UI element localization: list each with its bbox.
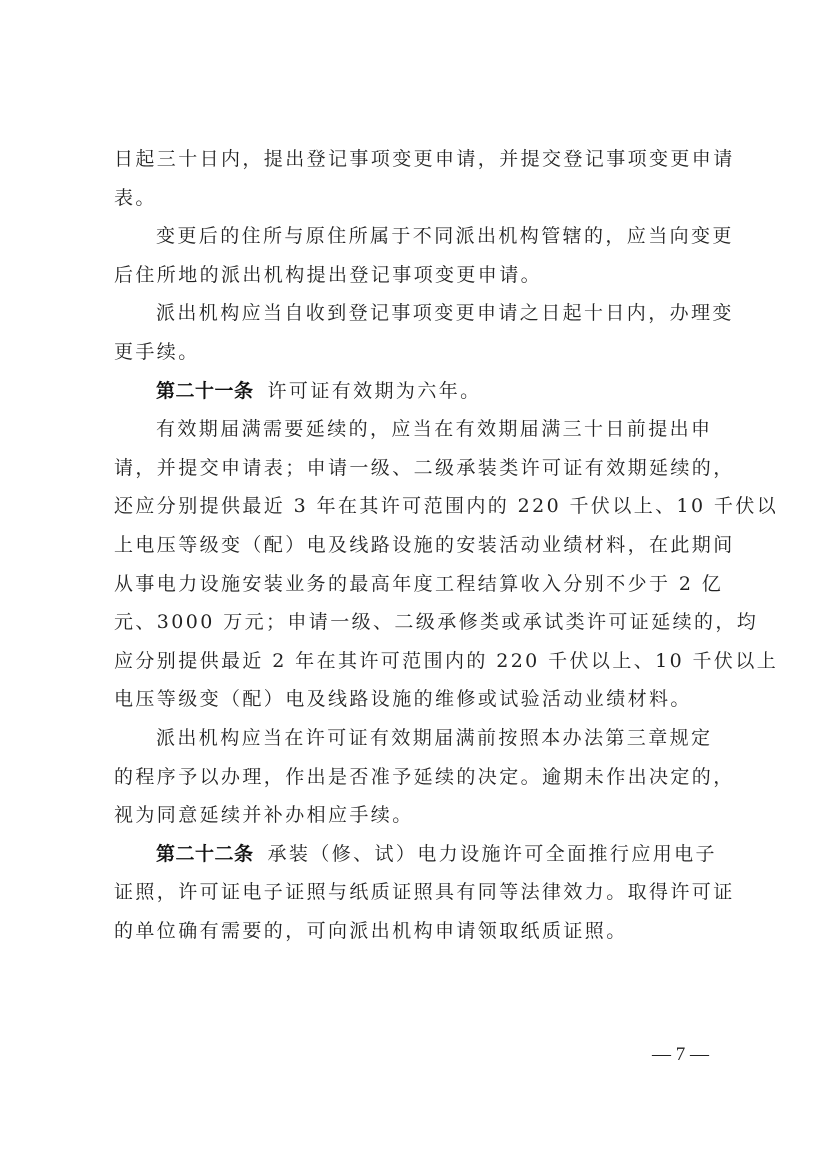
text-line: 从事电力设施安装业务的最高年度工程结算收入分别不少于 2 亿: [114, 565, 714, 604]
line-text: 表。: [114, 187, 157, 209]
text-line: 证照，许可证电子证照与纸质证照具有同等法律效力。取得许可证: [114, 873, 714, 912]
line-text: 应分别提供最近 2 年在其许可范围内的 220 千伏以上、10 千伏以上: [114, 650, 778, 672]
line-text: 许可证有效期为六年。: [268, 380, 482, 402]
text-line: 电压等级变（配）电及线路设施的维修或试验活动业绩材料。: [114, 680, 714, 719]
line-text: 证照，许可证电子证照与纸质证照具有同等法律效力。取得许可证: [114, 881, 735, 903]
page-number: — 7 —: [652, 1044, 709, 1066]
line-text: 元、3000 万元；申请一级、二级承修类或承试类许可证延续的，均: [114, 611, 758, 633]
text-line: 请，并提交申请表；申请一级、二级承装类许可证有效期延续的，: [114, 449, 714, 488]
paragraph-start: 派出机构应当自收到登记事项变更申请之日起十日内，办理变: [114, 294, 714, 333]
line-text: 的程序予以办理，作出是否准予延续的决定。逾期未作出决定的，: [114, 766, 735, 788]
line-text: 还应分别提供最近 3 年在其许可范围内的 220 千伏以上、10 千伏以: [114, 495, 778, 517]
line-text: 更手续。: [114, 341, 200, 363]
text-line: 上电压等级变（配）电及线路设施的安装活动业绩材料，在此期间: [114, 526, 714, 565]
line-text: 电压等级变（配）电及线路设施的维修或试验活动业绩材料。: [114, 688, 692, 710]
paragraph-start: 变更后的住所与原住所属于不同派出机构管辖的，应当向变更: [114, 217, 714, 256]
line-text: 请，并提交申请表；申请一级、二级承装类许可证有效期延续的，: [114, 457, 735, 479]
line-text: 派出机构应当在许可证有效期届满前按照本办法第三章规定: [156, 727, 712, 749]
article-number: 第二十二条: [156, 843, 254, 865]
text-line: 日起三十日内，提出登记事项变更申请，并提交登记事项变更申请: [114, 140, 714, 179]
line-text: 上电压等级变（配）电及线路设施的安装活动业绩材料，在此期间: [114, 534, 735, 556]
text-line: 表。: [114, 179, 714, 218]
document-body: 日起三十日内，提出登记事项变更申请，并提交登记事项变更申请 表。 变更后的住所与…: [114, 140, 714, 950]
line-text: 变更后的住所与原住所属于不同派出机构管辖的，应当向变更: [156, 225, 734, 247]
line-text: 有效期届满需要延续的，应当在有效期届满三十日前提出申: [156, 418, 712, 440]
article-number: 第二十一条: [156, 380, 254, 402]
text-line: 元、3000 万元；申请一级、二级承修类或承试类许可证延续的，均: [114, 603, 714, 642]
text-line: 应分别提供最近 2 年在其许可范围内的 220 千伏以上、10 千伏以上: [114, 642, 714, 681]
text-line: 的单位确有需要的，可向派出机构申请领取纸质证照。: [114, 912, 714, 951]
paragraph-start: 派出机构应当在许可证有效期届满前按照本办法第三章规定: [114, 719, 714, 758]
line-text: 的单位确有需要的，可向派出机构申请领取纸质证照。: [114, 920, 628, 942]
document-page: 日起三十日内，提出登记事项变更申请，并提交登记事项变更申请 表。 变更后的住所与…: [0, 0, 827, 1169]
paragraph-start: 有效期届满需要延续的，应当在有效期届满三十日前提出申: [114, 410, 714, 449]
line-text: 从事电力设施安装业务的最高年度工程结算收入分别不少于 2 亿: [114, 573, 723, 595]
text-line: 还应分别提供最近 3 年在其许可范围内的 220 千伏以上、10 千伏以: [114, 487, 714, 526]
text-line: 视为同意延续并补办相应手续。: [114, 796, 714, 835]
line-text: 派出机构应当自收到登记事项变更申请之日起十日内，办理变: [156, 302, 734, 324]
line-text: 视为同意延续并补办相应手续。: [114, 804, 414, 826]
text-line: 的程序予以办理，作出是否准予延续的决定。逾期未作出决定的，: [114, 758, 714, 797]
article-21-heading: 第二十一条许可证有效期为六年。: [114, 372, 714, 411]
text-line: 后住所地的派出机构提出登记事项变更申请。: [114, 256, 714, 295]
line-text: 日起三十日内，提出登记事项变更申请，并提交登记事项变更申请: [114, 148, 735, 170]
line-text: 承装（修、试）电力设施许可全面推行应用电子: [268, 843, 717, 865]
article-22-heading: 第二十二条承装（修、试）电力设施许可全面推行应用电子: [114, 835, 714, 874]
text-line: 更手续。: [114, 333, 714, 372]
line-text: 后住所地的派出机构提出登记事项变更申请。: [114, 264, 542, 286]
